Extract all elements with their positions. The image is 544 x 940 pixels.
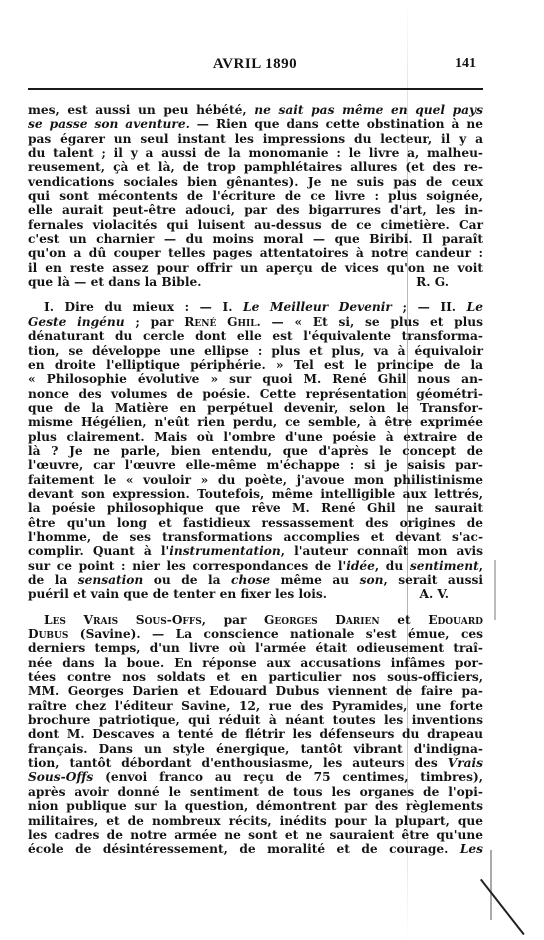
review-title-line: Les Vrais Sous-Offs, par Georges Darien … [28,613,483,627]
author-name: Edouard [428,613,483,627]
text-line: brochure patriotique, qui réduit à néant… [28,713,483,727]
text-line: misme Hégélien, n'eût rien perdu, ce sem… [28,415,483,429]
author-name: Dubus [28,627,68,641]
italic-span: Sous-Offs [28,770,93,784]
text-span: , [479,559,483,573]
italic-span: sensation [78,573,143,587]
work-title: Les Vrais Sous-Offs [44,613,202,627]
text-line: mes, est aussi un peu hébété, ne sait pa… [28,103,483,117]
work-title: Le [467,300,483,314]
text-line: MM. Georges Darien et Edouard Dubus vien… [28,684,483,698]
text-span: ; — II. [392,300,467,314]
text-line: du talent ; il y a aussi de la monomanie… [28,146,483,160]
text-line: il en reste assez pour offrir un aperçu … [28,261,483,275]
text-span: , du [375,559,410,573]
text-span: tion, tantôt débordant d'enthousiasme, l… [28,756,448,770]
text-line: être qu'un long et fastidieux ressasseme… [28,516,483,530]
italic-span: chose [231,573,270,587]
text-line: c'est un charnier — du moins moral — que… [28,232,483,246]
italic-span: ne sait pas même en quel pays [254,103,483,117]
text-line: vendications sociales bien gênantes). Je… [28,175,483,189]
spacer [28,289,483,300]
spacer [28,602,483,613]
pencil-mark [480,879,525,935]
text-line: que là — et dans la Bible.R. G. [28,275,483,289]
header-rule [28,88,483,90]
text-line: français. Dans un style énergique, tantô… [28,742,483,756]
text-line: nion publique sur la question, démontren… [28,799,483,813]
text-line: pas égarer un seul instant les impressio… [28,132,483,146]
scan-artifact [494,560,496,620]
text-line: se passe son aventure. — Rien que dans c… [28,117,483,131]
page-number: 141 [455,56,476,72]
text-span: , par [202,613,264,627]
italic-span: instrumentation [169,544,281,558]
work-title: Geste ingénu [28,315,125,329]
review-title-line: I. Dire du mieux : — I. Le Meilleur Deve… [28,300,483,314]
text-span: (Savine). — La conscience nationale s'es… [68,627,483,641]
text-line: tion, tantôt débordant d'enthousiasme, l… [28,756,483,770]
text-line: les cadres de notre armée ne sont et ne … [28,828,483,842]
running-head: AVRIL 1890 [28,56,482,73]
page-header: AVRIL 1890 141 [28,56,482,78]
review-vrais-sous-offs: Les Vrais Sous-Offs, par Georges Darien … [28,613,483,857]
scan-artifact [490,850,492,920]
text-line: en droite l'elliptique périphérie. » Tel… [28,358,483,372]
text-span: de la [28,573,78,587]
page-body: mes, est aussi un peu hébété, ne sait pa… [28,103,483,857]
text-span: puéril et vain que de tenter en fixer le… [28,587,327,601]
text-line: fernales violacités qui luisent au-dessu… [28,218,483,232]
signature: R. G. [416,275,449,289]
text-span: ou de la [143,573,231,587]
text-span: . — « Et si, se plus et plus [257,315,483,329]
author-name: Georges Darien [264,613,380,627]
italic-span: idée [346,559,375,573]
text-line: devant son expression. Toutefois, même i… [28,487,483,501]
text-span: , serait aussi [383,573,483,587]
text-line: l'œuvre, car l'œuvre elle-même m'échappe… [28,458,483,472]
text-line: de la sensation ou de la chose même au s… [28,573,483,587]
italic-span: sentiment [410,559,479,573]
text-span: mes, est aussi un peu hébété, [28,103,254,117]
text-line: qu'on a dû couper telles pages attentato… [28,246,483,260]
review-biribi: mes, est aussi un peu hébété, ne sait pa… [28,103,483,289]
text-line: Sous-Offs (envoi franco au reçu de 75 ce… [28,770,483,784]
text-line: sur ce point : nier les correspondances … [28,559,483,573]
text-line: complir. Quant à l'instrumentation, l'au… [28,544,483,558]
text-line: là ? Je ne parle, bien entendu, que d'ap… [28,444,483,458]
text-line: née dans la boue. En réponse aux accusat… [28,656,483,670]
italic-span: Les [460,842,483,856]
text-span: école de désintéressement, de moralité e… [28,842,460,856]
text-span: I. Dire du mieux : — I. [44,300,243,314]
text-line: nonce des volumes de poésie. Cette repré… [28,387,483,401]
text-line: après avoir donné le sentiment de tous l… [28,785,483,799]
italic-span: son [360,573,384,587]
text-span: et [380,613,429,627]
text-line: la poésie philosophique que rêve M. René… [28,501,483,515]
text-span: sur ce point : nier les correspondances … [28,559,346,573]
text-line: école de désintéressement, de moralité e… [28,842,483,856]
text-line: tées contre nos soldats et en particulie… [28,670,483,684]
italic-span: se passe son aventure. [28,117,190,131]
text-line: « Philosophie évolutive » sur quoi M. Re… [28,372,483,386]
text-span: , l'auteur connaît mon avis [281,544,483,558]
text-line: tion, se développe une ellipse : plus et… [28,344,483,358]
text-line: Geste ingénu ; par René Ghil. — « Et si,… [28,315,483,329]
text-line: raître chez l'éditeur Savine, 12, rue de… [28,699,483,713]
text-line: qui sont mécontents de l'écriture de ce … [28,189,483,203]
text-line: plus clairement. Mais où l'ombre d'une p… [28,430,483,444]
text-span: même au [270,573,360,587]
italic-span: Vrais [448,756,483,770]
text-line: puéril et vain que de tenter en fixer le… [28,587,483,601]
text-span: que là — et dans la Bible. [28,275,201,289]
text-span: — Rien que dans cette obstination à ne [190,117,483,131]
text-span: (envoi franco au reçu de 75 centimes, ti… [93,770,483,784]
text-span: ; par [125,315,185,329]
signature: A. V. [419,587,449,601]
text-line: derniers temps, d'un livre où l'armée ét… [28,641,483,655]
text-line: militaires, et de nombreux récits, inédi… [28,814,483,828]
text-line: Dubus (Savine). — La conscience national… [28,627,483,641]
work-title: Le Meilleur Devenir [243,300,392,314]
text-line: reusement, çà et là, de trop pamphlétair… [28,160,483,174]
review-rene-ghil: I. Dire du mieux : — I. Le Meilleur Deve… [28,300,483,601]
text-line: que de la Matière en perpétuel devenir, … [28,401,483,415]
text-line: l'homme, de ses transformations accompli… [28,530,483,544]
text-line: dont M. Descaves a tenté de flétrir les … [28,727,483,741]
text-span: complir. Quant à l' [28,544,169,558]
text-line: elle aurait peut-être adouci, par des bi… [28,203,483,217]
text-line: dénaturant du cercle dont elle est l'équ… [28,329,483,343]
text-line: faitement le « vouloir » du poète, j'avo… [28,473,483,487]
author-name: René Ghil [184,315,256,329]
